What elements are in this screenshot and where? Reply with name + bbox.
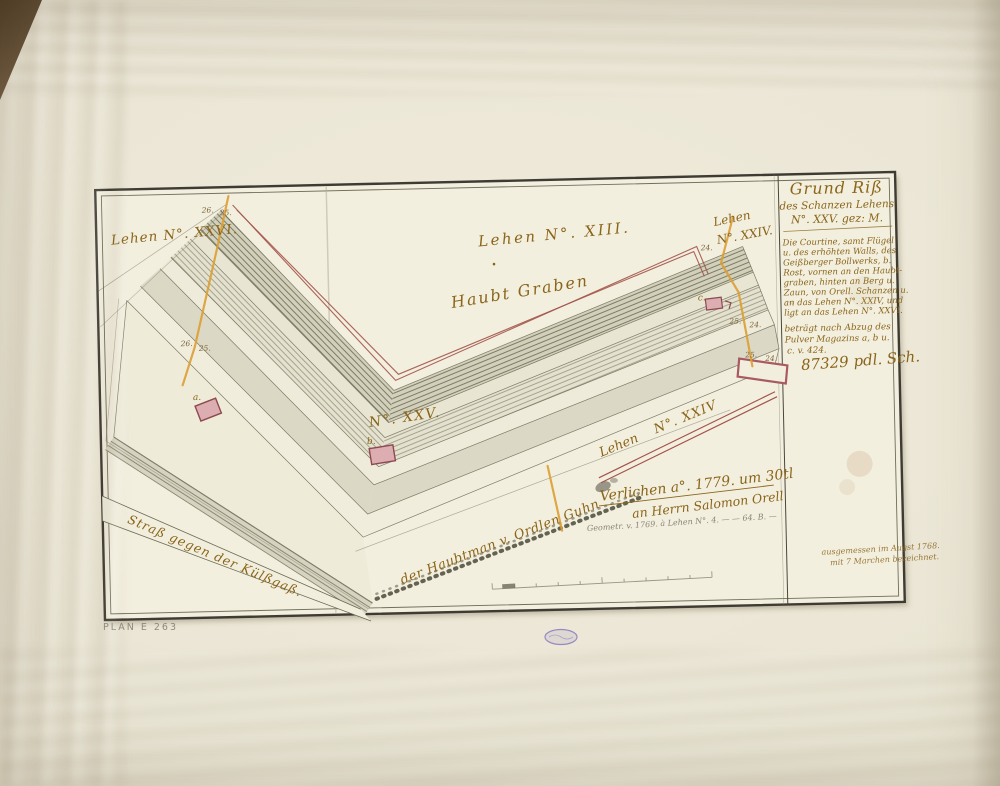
boundary-number: 24. <box>700 243 713 252</box>
boundary-number: 25. <box>728 317 741 326</box>
boundary-number: 26. <box>201 205 214 214</box>
photographed-plan: Lehen N°. XXVI. Lehen N°. XIII. Haubt Gr… <box>0 0 1000 786</box>
archive-label: PLAN E 263 <box>103 622 178 633</box>
marker-c-label: c. <box>698 293 706 303</box>
marker-a-label: a. <box>193 393 202 403</box>
title-block-body: Die Courtine, samt Flügel u. des erhöhte… <box>782 236 910 319</box>
boundary-number: 25. <box>219 208 232 217</box>
boundary-number: 26. <box>180 339 193 348</box>
plan-sheet: Lehen N°. XXVI. Lehen N°. XIII. Haubt Gr… <box>95 171 941 627</box>
boundary-number: 24. <box>748 320 761 329</box>
powder-magazine-c <box>705 297 722 310</box>
boundary-number: 25. <box>744 350 757 359</box>
title-block-title: Grund Riß <box>790 177 884 198</box>
archive-stamp <box>545 630 577 645</box>
powder-magazine-b <box>369 445 395 465</box>
marker-b-label: b. <box>367 437 376 447</box>
title-block-number: N°. XXV. gez: M. <box>790 211 883 226</box>
boundary-number: 25. <box>198 344 211 353</box>
plan-svg: Lehen N°. XXVI. Lehen N°. XIII. Haubt Gr… <box>0 0 1000 786</box>
boundary-number: 24. <box>764 354 777 363</box>
